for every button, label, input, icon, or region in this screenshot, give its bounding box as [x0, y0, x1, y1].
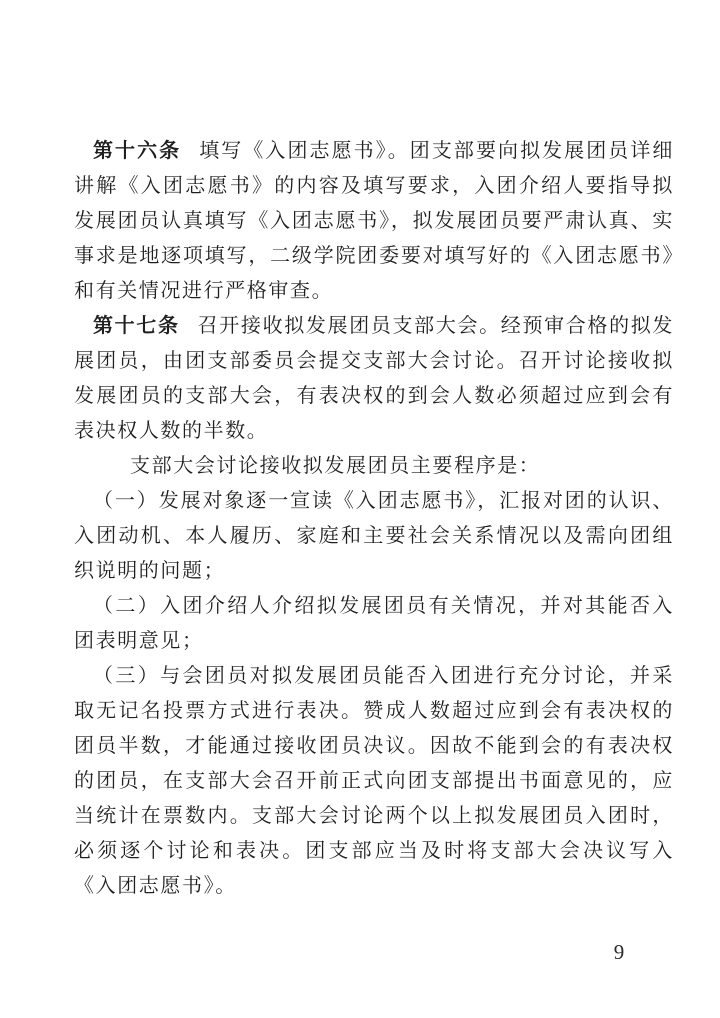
procedure-intro-paragraph: 支部大会讨论接收拟发展团员主要程序是： [74, 449, 674, 484]
procedure-item-3-text: （三）与会团员对拟发展团员能否入团进行充分讨论，并采取无记名投票方式进行表决。赞… [74, 665, 674, 897]
page-number: 9 [604, 938, 634, 966]
procedure-intro-text: 支部大会讨论接收拟发展团员主要程序是： [130, 455, 540, 477]
procedure-item-2-text: （二）入团介绍人介绍拟发展团员有关情况，并对其能否入团表明意见； [74, 595, 674, 652]
article-17-heading: 第十七条 [93, 315, 180, 337]
document-text-block: 第十六条填写《入团志愿书》。团支部要向拟发展团员详细讲解《入团志愿书》的内容及填… [74, 134, 674, 904]
article-17-paragraph: 第十七条召开接收拟发展团员支部大会。经预审合格的拟发展团员，由团支部委员会提交支… [74, 309, 674, 449]
document-page: 第十六条填写《入团志愿书》。团支部要向拟发展团员详细讲解《入团志愿书》的内容及填… [0, 0, 720, 1018]
procedure-item-1-text: （一）发展对象逐一宣读《入团志愿书》，汇报对团的认识、入团动机、本人履历、家庭和… [74, 490, 674, 582]
procedure-item-1: （一）发展对象逐一宣读《入团志愿书》，汇报对团的认识、入团动机、本人履历、家庭和… [74, 484, 674, 589]
article-16-text: 填写《入团志愿书》。团支部要向拟发展团员详细讲解《入团志愿书》的内容及填写要求，… [74, 140, 674, 302]
procedure-item-3: （三）与会团员对拟发展团员能否入团进行充分讨论，并采取无记名投票方式进行表决。赞… [74, 659, 674, 904]
procedure-item-2: （二）入团介绍人介绍拟发展团员有关情况，并对其能否入团表明意见； [74, 589, 674, 659]
article-16-heading: 第十六条 [93, 140, 181, 162]
article-16-paragraph: 第十六条填写《入团志愿书》。团支部要向拟发展团员详细讲解《入团志愿书》的内容及填… [74, 134, 674, 309]
